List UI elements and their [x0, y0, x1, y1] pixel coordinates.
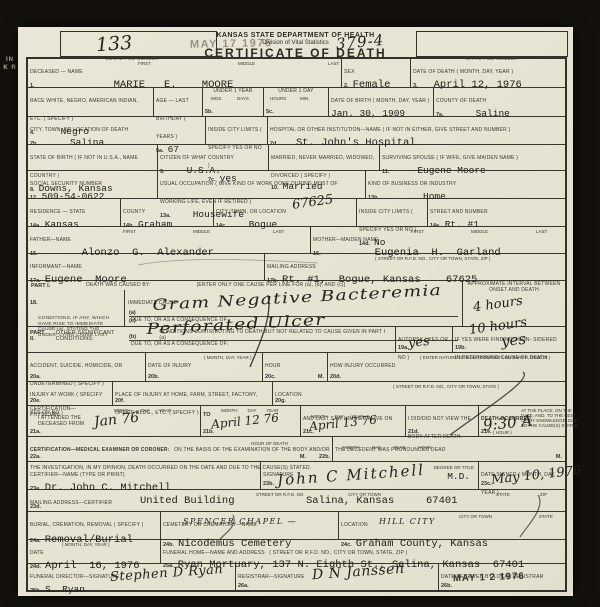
row-ssn-occupation: SOCIAL SECURITY NUMBER 12. 509-54-0622 U…: [28, 171, 565, 199]
field-cemetery-name: CEMETERY OR CREMATORY—NAME SPENCER CHAPE…: [161, 512, 339, 539]
field-informant-name: INFORMANT—NAME 17a. Eugene Moore: [28, 254, 265, 280]
part-2-other-conditions: PART II. OTHER SIGNIFICANT CONDITIONS: C…: [28, 327, 565, 353]
attended-from-handwritten: Jan 76: [93, 410, 140, 431]
row-certifier: CERTIFIER—NAME (TYPE OR PRINT) 23a. Dr. …: [28, 462, 565, 490]
part-1-interval-column: APPROXIMATE INTERVAL BETWEEN ONSET AND D…: [463, 281, 565, 326]
field-surviving-spouse: SURVIVING SPOUSE ( IF WIFE, GIVE MAIDEN …: [380, 145, 565, 170]
field-certifier-mailing-address: MAILING ADDRESS—CERTIFIER 23d. United Bu…: [28, 490, 565, 511]
field-under-1-year: UNDER 1 YEAR MOS. DAYS 5b.: [203, 88, 264, 116]
field-injury-location: LOCATION ( STREET OR R.F.D. NO., CITY OR…: [273, 382, 565, 405]
cemetery-handwritten: SPENCER CHAPEL —: [183, 517, 297, 526]
field-how-injury-occurred: HOW INJURY OCCURRED ( ENTER NATURE OF IN…: [328, 353, 565, 381]
field-industry: KIND OF BUSINESS OR INDUSTRY 13b. Home: [366, 171, 565, 198]
row-parents: FATHER—NAME FIRST MIDDLE LAST 15. Alonzo…: [28, 227, 565, 254]
field-burial-location: LOCATION CITY OR TOWN STATE HILL CITY 24…: [339, 512, 565, 539]
field-pronounced-dead: THE DECEDENT WAS PRONOUNCED DEAD MONTH D…: [333, 437, 565, 461]
findings-yes-handwritten: yes: [500, 330, 527, 351]
field-findings-considered: IF YES WERE FINDINGS CON- SIDERED IN DET…: [453, 327, 565, 352]
row-birth-citizen-marital: STATE OF BIRTH ( IF NOT IN U.S.A., NAME …: [28, 145, 565, 171]
field-hospital: HOSPITAL OR OTHER INSTITUTION—NAME ( IF …: [268, 117, 565, 144]
burial-city-handwritten: HILL CITY: [379, 517, 436, 526]
field-funeral-director-signature: FUNERAL DIRECTOR—SIGNATURE 25b. S. Ryan …: [28, 564, 236, 590]
part-1-cause-of-death: PART I. DEATH WAS CAUSED BY: [ENTER ONLY…: [28, 281, 565, 327]
field-burial-type: BURIAL, CREMATION, REMOVAL ( SPECIFY ) 2…: [28, 512, 161, 539]
part-1-main: PART I. DEATH WAS CAUSED BY: [ENTER ONLY…: [28, 281, 463, 326]
row-residence: RESIDENCE — STATE 14a. Kansas COUNTY 14b…: [28, 199, 565, 227]
field-marital-status: MARRIED, NEVER MARRIED, WIDOWED, DIVORCE…: [269, 145, 380, 170]
field-viewed-body: I DID/DID NOT VIEW THE BODY AFTER DEATH.…: [406, 406, 479, 436]
field-inside-city-limits: INSIDE CITY LIMITS ( SPECIFY YES OR NO )…: [206, 117, 268, 144]
part-1-cause-lines: IMMEDIATE CAUSE (a) Gram Negative Bacter…: [124, 290, 462, 326]
row-deceased: DECEASED — NAME FIRST MIDDLE LAST 1. MAR…: [28, 59, 565, 88]
field-ssn: SOCIAL SECURITY NUMBER 12. 509-54-0622: [28, 171, 158, 198]
field-state-of-birth: STATE OF BIRTH ( IF NOT IN U.S.A., NAME …: [28, 145, 158, 170]
field-death-occurred-hour: DEATH OCCURRED AT THE PLACE, ON THE DATE…: [479, 406, 565, 436]
field-place-of-injury: PLACE OF INJURY AT HOME, FARM, STREET, F…: [113, 382, 273, 405]
field-date-of-birth: DATE OF BIRTH ( MONTH, DAY, YEAR ) Jan. …: [329, 88, 434, 116]
row-informant: INFORMANT—NAME 17a. Eugene Moore MAILING…: [28, 254, 565, 281]
field-date-of-injury: DATE OF INJURY ( MONTH, DAY, YEAR ) 20b.: [146, 353, 263, 381]
row-place-of-death: CITY, TOWN, OR LOCATION OF DEATH 7b. Sal…: [28, 117, 565, 145]
part-2-main: PART II. OTHER SIGNIFICANT CONDITIONS: C…: [28, 327, 396, 352]
interval-a-handwritten: 4 hours: [472, 294, 523, 316]
degree-typed: M.D.: [447, 471, 470, 482]
field-city-of-death: CITY, TOWN, OR LOCATION OF DEATH 7b. Sal…: [28, 117, 206, 144]
field-last-seen-alive: AND LAST SAW HIM/HER ALIVE ON MONTH DAY …: [301, 406, 406, 436]
row-funeral-home: DATE ( MONTH, DAY, YEAR ) 24d. April 16,…: [28, 540, 565, 564]
field-age: AGE — LAST BIRTHDAY ( YEARS ) 5a. 67: [154, 88, 203, 116]
row-race-age-birth: RACE WHITE, NEGRO, AMERICAN INDIAN, ETC.…: [28, 88, 565, 117]
field-county-of-death: COUNTY OF DEATH 7a. Saline: [434, 88, 565, 116]
autopsy-yes-handwritten: yes: [407, 334, 430, 351]
field-injury-at-work: INJURY AT WORK ( SPECIFY YES OR NO ) 20e…: [28, 382, 113, 405]
field-attended-to: TO MONTH DAY YEAR 21b. April 12 76: [201, 406, 301, 436]
row-certifier-address: MAILING ADDRESS—CERTIFIER 23d. United Bu…: [28, 490, 565, 512]
certificate-form: DECEASED — NAME FIRST MIDDLE LAST 1. MAR…: [26, 57, 567, 592]
field-certifier-signature: SIGNATURE 23b. John C Mitchell DEGREE OR…: [261, 462, 479, 489]
funeral-director-handwritten: Stephen D Ryan: [110, 562, 224, 585]
certificate-paper: 133 MAY 17 1976 LOCAL FILE NUMBER KANSAS…: [18, 27, 573, 596]
field-occupation: USUAL OCCUPATION ( GIVE KIND OF WORK DON…: [158, 171, 366, 198]
field-registrar-signature: REGISTRAR—SIGNATURE 26a. D N Janssen: [236, 564, 439, 590]
field-residence-state: RESIDENCE — STATE 14a. Kansas: [28, 199, 121, 226]
field-burial-date: DATE ( MONTH, DAY, YEAR ) 24d. April 16,…: [28, 540, 161, 563]
field-deceased-name: DECEASED — NAME FIRST MIDDLE LAST 1. MAR…: [28, 59, 342, 87]
scanned-death-certificate: IN K R 133 MAY 17 1976 LOCAL FILE NUMBER…: [0, 0, 600, 607]
field-attended-from: CERTIFICATION— PHYSICIAN: I ATTENDED THE…: [28, 406, 201, 436]
field-residence-city: CITY, TOWN, OR LOCATION 67625 14c. Bogue: [214, 199, 357, 226]
date-signed-handwritten: May 10, 1976: [490, 463, 582, 487]
part-1-conditions-label: 18. CONDITIONS, IF ANY, WHICH GAVE RISE …: [28, 290, 124, 326]
field-autopsy: AUTOPSY ( YES OR NO ) 19a. yes: [396, 327, 453, 352]
field-funeral-home: FUNERAL HOME—NAME AND ADDRESS ( STREET O…: [161, 540, 565, 563]
margin-ink-letters: IN K R: [3, 56, 17, 72]
field-race: RACE WHITE, NEGRO, AMERICAN INDIAN, ETC.…: [28, 88, 154, 116]
field-date-signed: DATE SIGNED ( MONTH, DAY, YEAR ) 23c. Ma…: [479, 462, 565, 489]
certificate-header: 133 MAY 17 1976 LOCAL FILE NUMBER KANSAS…: [18, 27, 573, 57]
row-certification-examiner: CERTIFICATION—MEDICAL EXAMINER OR CORONE…: [28, 437, 565, 462]
field-date-of-death: DATE OF DEATH ( MONTH, DAY, YEAR ) 3. Ap…: [411, 59, 565, 87]
certifier-signature-handwritten: John C Mitchell: [277, 461, 426, 489]
row-certification-physician: CERTIFICATION— PHYSICIAN: I ATTENDED THE…: [28, 406, 565, 437]
field-father-name: FATHER—NAME FIRST MIDDLE LAST 15. Alonzo…: [28, 227, 311, 253]
field-residence-inside-limits: INSIDE CITY LIMITS ( SPECIFY YES OR NO )…: [357, 199, 428, 226]
field-mother-name: MOTHER—MAIDEN NAME FIRST MIDDLE LAST 16.…: [311, 227, 565, 253]
hour-of-death-handwritten: 9:30 A: [482, 411, 533, 434]
state-file-number-box: [416, 31, 568, 57]
field-under-1-day: UNDER 1 DAY HOURS MIN. 5c.: [264, 88, 329, 116]
field-hour-of-injury: HOUR 20c. M.: [263, 353, 328, 381]
attended-to-handwritten: April 12 76: [210, 410, 279, 431]
field-citizen: CITIZEN OF WHAT COUNTRY 9. U.S.A.: [158, 145, 269, 170]
field-informant-address: MAILING ADDRESS ( STREET OR R.F.D. NO., …: [265, 254, 565, 280]
field-certifier-name: CERTIFIER—NAME (TYPE OR PRINT) 23a. Dr. …: [28, 462, 261, 489]
field-residence-county: COUNTY 14b. Graham: [121, 199, 214, 226]
row-burial: BURIAL, CREMATION, REMOVAL ( SPECIFY ) 2…: [28, 512, 565, 540]
field-accident-suicide: ACCIDENT, SUICIDE, HOMICIDE, OR UNDETERM…: [28, 353, 146, 381]
row-injury-place: INJURY AT WORK ( SPECIFY YES OR NO ) 20e…: [28, 382, 565, 406]
field-street-number: STREET AND NUMBER 14e. Rt. #1: [428, 199, 565, 226]
received-local-stamp: MAY 1 2 1976: [453, 571, 525, 584]
field-sex: SEX 2. Female: [342, 59, 411, 87]
field-date-received: DATE RECEIVED BY LOCAL REGISTRAR 26b. MA…: [439, 564, 565, 590]
row-accident: ACCIDENT, SUICIDE, HOMICIDE, OR UNDETERM…: [28, 353, 565, 382]
field-examiner-certification: CERTIFICATION—MEDICAL EXAMINER OR CORONE…: [28, 437, 333, 461]
row-signatures: FUNERAL DIRECTOR—SIGNATURE 25b. S. Ryan …: [28, 564, 565, 590]
registrar-handwritten: D N Janssen: [312, 561, 405, 583]
